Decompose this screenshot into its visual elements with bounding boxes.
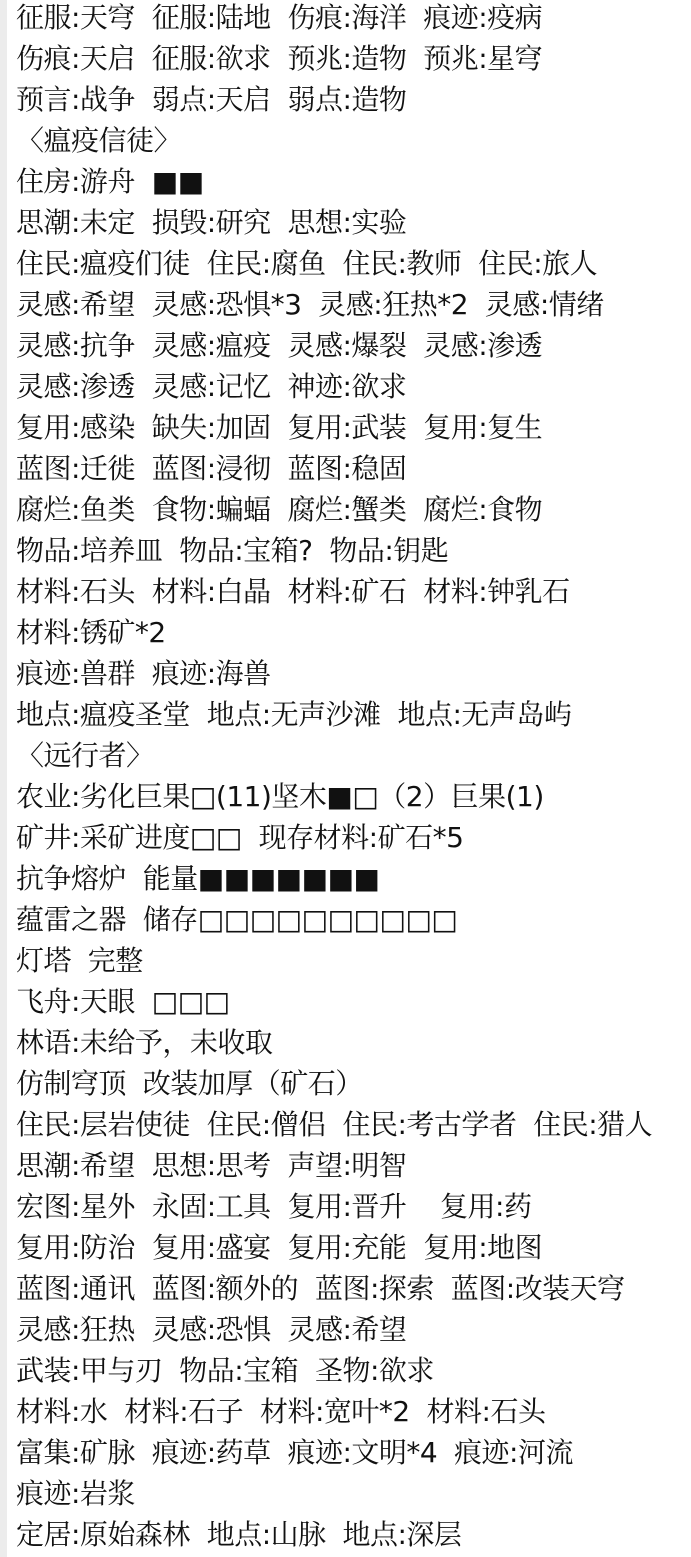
section-header-travelers: 〈远行者〉 <box>16 738 691 779</box>
note-body[interactable]: 征服:天穹 征服:陆地 伤痕:海洋 痕迹:疫病 伤痕:天启 征服:欲求 预兆:造… <box>16 0 691 1557</box>
note-line: 林语:未给予，未收取 <box>16 1025 691 1066</box>
note-line: 灵感:希望 灵感:恐惧*3 灵感:狂热*2 灵感:情绪 <box>16 287 691 328</box>
note-line: 蕴雷之器 储存□□□□□□□□□□ <box>16 902 691 943</box>
note-line: 宏图:星外 永固:工具 复用:晋升 复用:药 <box>16 1189 691 1230</box>
note-line: 灵感:狂热 灵感:恐惧 灵感:希望 <box>16 1312 691 1353</box>
note-line: 灯塔 完整 <box>16 943 691 984</box>
note-line: 住民:瘟疫们徒 住民:腐鱼 住民:教师 住民:旅人 <box>16 246 691 287</box>
note-line: 思潮:希望 思想:思考 声望:明智 <box>16 1148 691 1189</box>
note-line: 复用:感染 缺失:加固 复用:武装 复用:复生 <box>16 410 691 451</box>
note-line: 伤痕:天启 征服:欲求 预兆:造物 预兆:星穹 <box>16 41 691 82</box>
note-line: 征服:天穹 征服:陆地 伤痕:海洋 痕迹:疫病 <box>16 0 691 41</box>
note-line: 蓝图:通讯 蓝图:额外的 蓝图:探索 蓝图:改装天穹 <box>16 1271 691 1312</box>
note-line: 矿井:采矿进度□□ 现存材料:矿石*5 <box>16 820 691 861</box>
note-line: 农业:劣化巨果□(11)坚木■□（2）巨果(1) <box>16 779 691 820</box>
note-line: 痕迹:兽群 痕迹:海兽 <box>16 656 691 697</box>
note-line: 灵感:渗透 灵感:记忆 神迹:欲求 <box>16 369 691 410</box>
note-line: 富集:矿脉 痕迹:药草 痕迹:文明*4 痕迹:河流 <box>16 1435 691 1476</box>
note-line: 灵感:抗争 灵感:瘟疫 灵感:爆裂 灵感:渗透 <box>16 328 691 369</box>
note-line: 复用:防治 复用:盛宴 复用:充能 复用:地图 <box>16 1230 691 1271</box>
note-line: 飞舟:天眼 □□□ <box>16 984 691 1025</box>
note-line: 预言:战争 弱点:天启 弱点:造物 <box>16 82 691 123</box>
note-line: 材料:锈矿*2 <box>16 615 691 656</box>
note-line: 物品:培养皿 物品:宝箱? 物品:钥匙 <box>16 533 691 574</box>
note-line: 住民:层岩使徒 住民:僧侣 住民:考古学者 住民:猎人 <box>16 1107 691 1148</box>
note-line: 地点:瘟疫圣堂 地点:无声沙滩 地点:无声岛屿 <box>16 697 691 738</box>
note-line: 材料:石头 材料:白晶 材料:矿石 材料:钟乳石 <box>16 574 691 615</box>
left-margin-strip <box>0 0 7 1557</box>
note-line: 思潮:未定 损毁:研究 思想:实验 <box>16 205 691 246</box>
note-line: 蓝图:迁徙 蓝图:浸彻 蓝图:稳固 <box>16 451 691 492</box>
note-line: 抗争熔炉 能量■■■■■■■ <box>16 861 691 902</box>
note-line: 材料:水 材料:石子 材料:宽叶*2 材料:石头 <box>16 1394 691 1435</box>
note-line: 定居:原始森林 地点:山脉 地点:深层 <box>16 1517 691 1557</box>
note-line: 住房:游舟 ■■ <box>16 164 691 205</box>
note-line: 痕迹:岩浆 <box>16 1476 691 1517</box>
note-line: 腐烂:鱼类 食物:蝙蝠 腐烂:蟹类 腐烂:食物 <box>16 492 691 533</box>
note-line: 仿制穹顶 改装加厚（矿石） <box>16 1066 691 1107</box>
section-header-plague-believers: 〈瘟疫信徒〉 <box>16 123 691 164</box>
note-line: 武装:甲与刃 物品:宝箱 圣物:欲求 <box>16 1353 691 1394</box>
